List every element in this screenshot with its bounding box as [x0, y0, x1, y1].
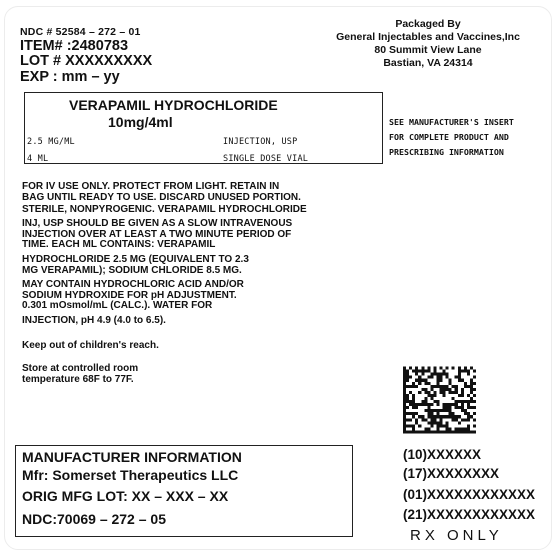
- instruction-line: INJECTION, pH 4.9 (4.0 to 6.5).: [22, 316, 307, 327]
- instruction-paragraph: MAY CONTAIN HYDROCHLORIC ACID AND/ORSODI…: [22, 280, 307, 312]
- gs1-batch-lot: (10)XXXXXX: [403, 447, 481, 462]
- gs1-serial: (21)XXXXXXXXXXXX: [403, 507, 535, 522]
- original-mfg-lot: ORIG MFG LOT: XX – XXX – XX: [22, 488, 228, 504]
- item-number: ITEM# :2480783: [20, 38, 128, 54]
- storage-line: Store at controlled room: [22, 364, 138, 375]
- storage-line: temperature 68F to 77F.: [22, 375, 138, 386]
- drug-name: VERAPAMIL HYDROCHLORIDE: [69, 97, 278, 113]
- packager-line: 80 Summit View Lane: [300, 44, 556, 57]
- ndc-top: NDC # 52584 – 272 – 01: [20, 26, 141, 38]
- manufacturer-name: Mfr: Somerset Therapeutics LLC: [22, 467, 238, 483]
- instruction-paragraph: HYDROCHLORIDE 2.5 MG (EQUIVALENT TO 2.3M…: [22, 255, 307, 276]
- keep-out-warning: Keep out of children's reach.: [22, 340, 159, 351]
- instruction-line: BAG UNTIL READY TO USE. DISCARD UNUSED P…: [22, 193, 307, 204]
- datamatrix-icon: [403, 366, 476, 434]
- usage-instructions: FOR IV USE ONLY. PROTECT FROM LIGHT. RET…: [22, 182, 307, 328]
- rx-only-label: RX ONLY: [410, 527, 503, 544]
- insert-note-line: SEE MANUFACTURER'S INSERT: [389, 115, 514, 130]
- drug-concentration: 2.5 MG/ML: [27, 137, 75, 147]
- instruction-line: MG VERAPAMIL); SODIUM CHLORIDE 8.5 MG.: [22, 266, 307, 277]
- instruction-paragraph: FOR IV USE ONLY. PROTECT FROM LIGHT. RET…: [22, 182, 307, 203]
- instruction-paragraph: INJECTION, pH 4.9 (4.0 to 6.5).: [22, 316, 307, 327]
- instruction-line: STERILE, NONPYROGENIC. VERAPAMIL HYDROCH…: [22, 205, 307, 216]
- drug-strength: 10mg/4ml: [108, 114, 173, 130]
- insert-note-line: FOR COMPLETE PRODUCT AND: [389, 130, 514, 145]
- lot-number: LOT # XXXXXXXXX: [20, 53, 152, 69]
- packager-line: General Injectables and Vaccines,Inc: [300, 31, 556, 44]
- packager-block: Packaged By General Injectables and Vacc…: [300, 18, 556, 70]
- manufacturer-ndc: NDC:70069 – 272 – 05: [22, 511, 166, 527]
- expiration-date: EXP : mm – yy: [20, 69, 120, 85]
- instruction-paragraph: STERILE, NONPYROGENIC. VERAPAMIL HYDROCH…: [22, 205, 307, 216]
- instruction-line: FOR IV USE ONLY. PROTECT FROM LIGHT. RET…: [22, 182, 307, 193]
- vial-type: SINGLE DOSE VIAL: [223, 154, 308, 164]
- packager-line: Packaged By: [300, 18, 556, 31]
- manufacturer-info-box: MANUFACTURER INFORMATION Mfr: Somerset T…: [15, 445, 353, 537]
- manufacturer-heading: MANUFACTURER INFORMATION: [22, 449, 242, 465]
- gs1-gtin: (01)XXXXXXXXXXXX: [403, 487, 535, 502]
- instruction-line: 0.301 mOsmol/mL (CALC.). WATER FOR: [22, 301, 307, 312]
- insert-note: SEE MANUFACTURER'S INSERT FOR COMPLETE P…: [389, 115, 514, 160]
- drug-form: INJECTION, USP: [223, 137, 297, 147]
- drug-volume: 4 ML: [27, 154, 48, 164]
- instruction-paragraph: INJ, USP SHOULD BE GIVEN AS A SLOW INTRA…: [22, 219, 307, 251]
- instruction-line: TIME. EACH ML CONTAINS: VERAPAMIL: [22, 240, 307, 251]
- storage-instructions: Store at controlled room temperature 68F…: [22, 364, 138, 385]
- insert-note-line: PRESCRIBING INFORMATION: [389, 145, 514, 160]
- gs1-expiry: (17)XXXXXXXX: [403, 466, 499, 481]
- drug-info-box: VERAPAMIL HYDROCHLORIDE 10mg/4ml 2.5 MG/…: [24, 92, 383, 164]
- packager-line: Bastian, VA 24314: [300, 57, 556, 70]
